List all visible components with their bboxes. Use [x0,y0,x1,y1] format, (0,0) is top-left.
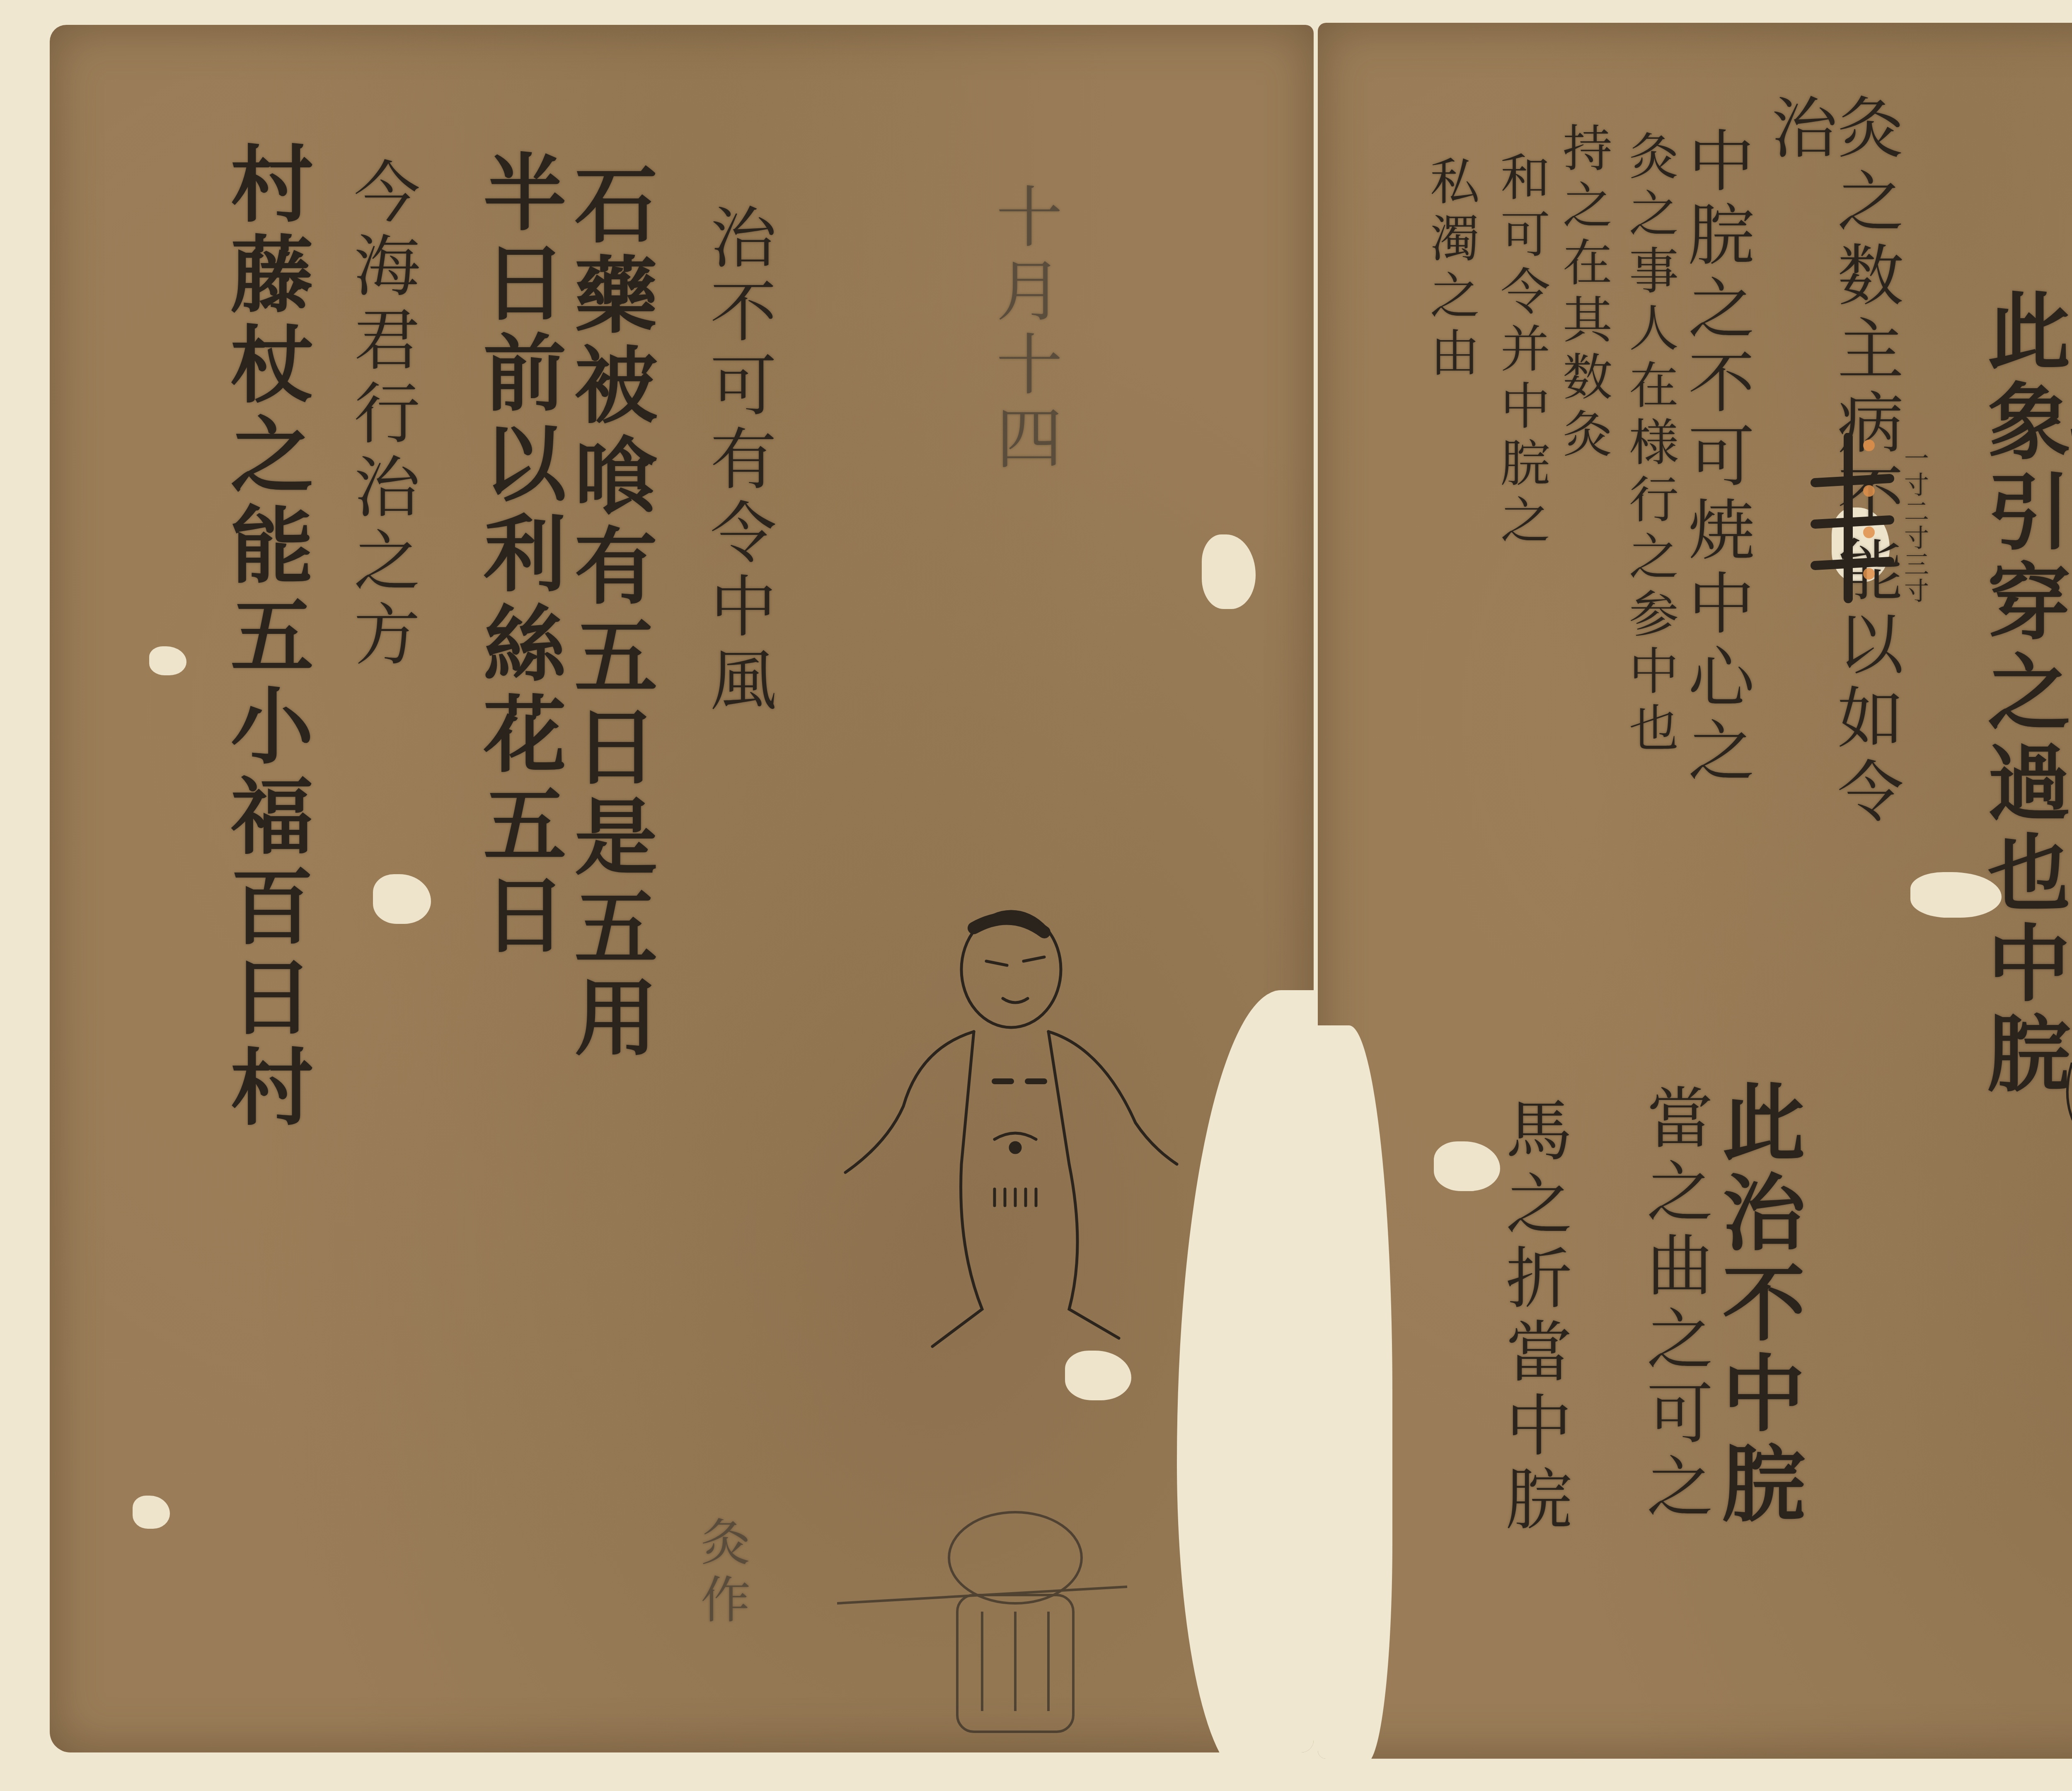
date-heading: 十月十四 [990,182,1057,721]
paper-hole [1202,534,1256,609]
left-page: 村藤杖之能五小福百日村 今海君行治之方 半日前以利絲花五日 石藥被喰有五日是五用… [50,25,1314,1752]
paper-hole [149,646,186,675]
text-column: 和可令并中脘之 [1496,151,1546,814]
measure-mark: 一寸 [1900,445,1929,498]
text-column: 灸之事人在様行之参中也 [1624,131,1674,835]
text-column: 馬之折當中脘 [1500,1096,1566,1738]
measuring-rule-diagram: 一寸二寸三寸 [1807,433,1956,665]
text-column: 今海君行治之方 [348,157,414,1607]
paper-hole [133,1496,170,1529]
text-column: 治不可有令中風 [704,203,771,1653]
paper-hole [1434,1141,1500,1191]
text-column: 石藥被喰有五日是五用 [568,162,651,1694]
palm-diagram-top [2064,334,2072,810]
text-column: 村藤杖之能五小福百日村 [224,141,307,1591]
text-column: 私濁之由 [1426,155,1475,404]
right-page: 此等門二可令可之以杖七 付事引穿之 われ當中脘とて 此象引穿之過也中脘 灸之数主… [1318,23,2072,1759]
text-column: 持之在其数灸 [1558,122,1608,661]
lower-note: 灸作 [696,1516,746,1723]
measure-mark: 二寸 [1900,498,1929,551]
text-column: 此治不中脘 [1716,1079,1798,1742]
text-column: 中脘之不可焼中心之 [1682,126,1749,872]
text-column: 半日前以利絲花五日 [477,149,559,1682]
measure-mark: 三寸 [1900,551,1929,604]
paper-tear [1318,1025,1392,1759]
human-figure-diagram [837,874,1251,1744]
text-column: 當之曲之可之 [1641,1083,1707,1663]
hand-diagram-bottom [2047,996,2072,1286]
